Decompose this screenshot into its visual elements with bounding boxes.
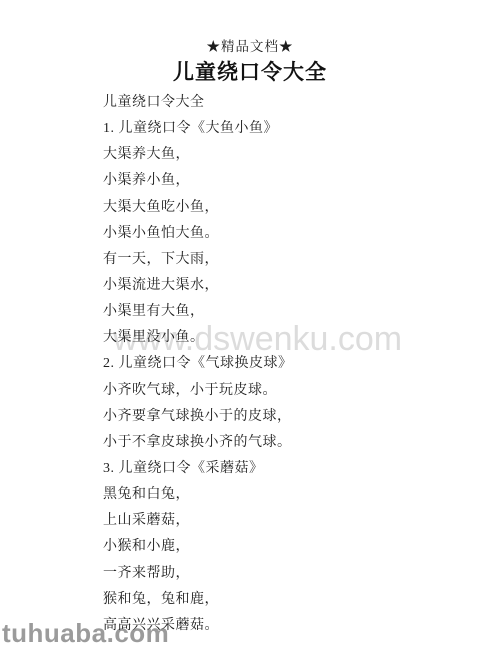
document-line: 大渠里没小鱼。 — [103, 323, 484, 349]
document-line: 小猴和小鹿， — [103, 532, 484, 558]
document-line: 小于不拿皮球换小齐的气球。 — [103, 428, 484, 454]
document-line: 1. 儿童绕口令《大鱼小鱼》 — [103, 114, 484, 140]
document-line: 大渠养大鱼， — [103, 140, 484, 166]
header-badge: ★精品文档★ — [0, 35, 500, 55]
document-line: 大渠大鱼吃小鱼， — [103, 193, 484, 219]
document-line: 上山采蘑菇， — [103, 506, 484, 532]
document-line: 有一天，下大雨， — [103, 245, 484, 271]
document-line: 2. 儿童绕口令《气球换皮球》 — [103, 349, 484, 375]
document-line: 一齐来帮助， — [103, 559, 484, 585]
document-line: 猴和兔，兔和鹿， — [103, 585, 484, 611]
document-body: 儿童绕口令大全1. 儿童绕口令《大鱼小鱼》大渠养大鱼，小渠养小鱼，大渠大鱼吃小鱼… — [103, 88, 484, 637]
document-page: ★精品文档★ 儿童绕口令大全 儿童绕口令大全1. 儿童绕口令《大鱼小鱼》大渠养大… — [0, 0, 500, 648]
document-line: 儿童绕口令大全 — [103, 88, 484, 114]
document-line: 小渠流进大渠水， — [103, 271, 484, 297]
document-line: 小渠里有大鱼， — [103, 297, 484, 323]
document-line: 黑兔和白兔， — [103, 480, 484, 506]
document-line: 高高兴兴采蘑菇。 — [103, 611, 484, 637]
document-line: 3. 儿童绕口令《采蘑菇》 — [103, 454, 484, 480]
document-line: 小齐吹气球，小于玩皮球。 — [103, 376, 484, 402]
document-line: 小渠小鱼怕大鱼。 — [103, 219, 484, 245]
document-line: 小渠养小鱼， — [103, 166, 484, 192]
document-line: 小齐要拿气球换小于的皮球， — [103, 402, 484, 428]
page-title: 儿童绕口令大全 — [0, 56, 500, 86]
